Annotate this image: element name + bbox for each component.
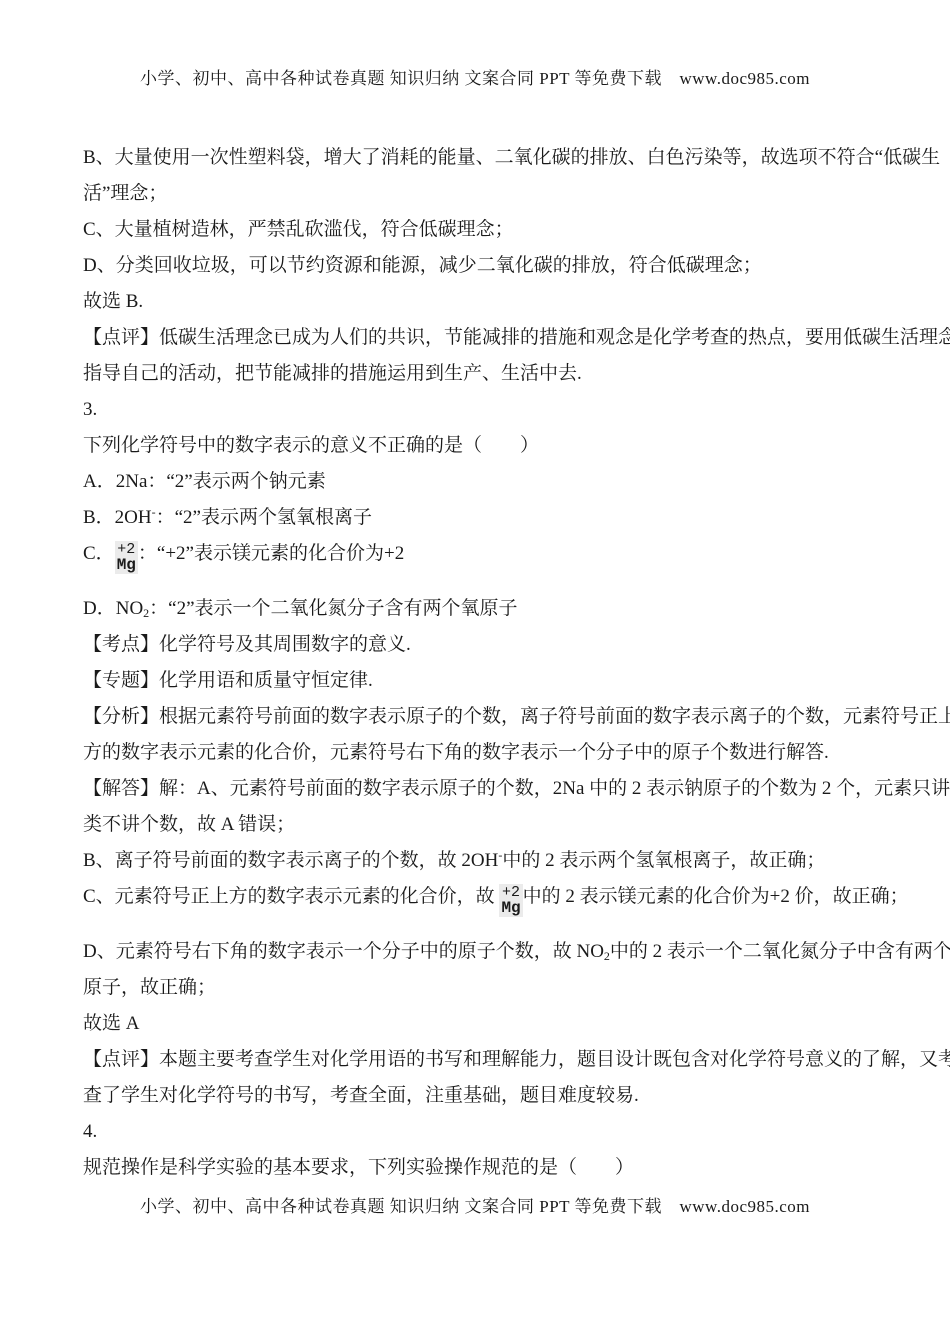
page-header: 小学、初中、高中各种试卷真题 知识归纳 文案合同 PPT 等免费下载 www.d… <box>0 64 950 89</box>
q4-number: 4. <box>83 1114 873 1150</box>
q3-jieda-c-prefix: C、元素符号正上方的数字表示元素的化合价，故 <box>83 886 499 907</box>
q3-jieda-a-line1: 【解答】解：A、元素符号前面的数字表示原子的个数，2Na 中的 2 表示钠原子的… <box>83 771 873 807</box>
q3-jieda-a-line2: 类不讲个数，故 A 错误； <box>83 807 873 843</box>
mg-valence-value: +2 <box>117 542 136 557</box>
q3-stem: 下列化学符号中的数字表示的意义不正确的是（ ） <box>83 428 873 464</box>
q3-jieda-d-line2: 原子，故正确； <box>83 970 873 1006</box>
q3-option-d-rest: ：“2”表示一个二氧化氮分子含有两个氧原子 <box>149 598 517 619</box>
mg-valence-formula: +2Mg <box>115 541 138 574</box>
q3-number: 3. <box>83 392 873 428</box>
mg-element-symbol: Mg <box>117 557 136 573</box>
document-page: 小学、初中、高中各种试卷真题 知识归纳 文案合同 PPT 等免费下载 www.d… <box>0 0 950 1344</box>
q2-answer: 故选 B. <box>83 284 873 320</box>
q3-option-b: B．2OH-：“2”表示两个氢氧根离子 <box>83 500 873 536</box>
q3-dianping-line1: 【点评】本题主要考查学生对化学用语的书写和理解能力，题目设计既包含对化学符号意义… <box>83 1042 873 1078</box>
q3-jieda-b-prefix: B、离子符号前面的数字表示离子的个数，故 2OH <box>83 850 498 871</box>
footer-text: 小学、初中、高中各种试卷真题 知识归纳 文案合同 PPT 等免费下载 www.d… <box>140 1197 810 1216</box>
mg-valence-value: +2 <box>501 885 520 900</box>
q3-zhuanti: 【专题】化学用语和质量守恒定律. <box>83 663 873 699</box>
q3-option-b-prefix: B．2OH <box>83 507 152 528</box>
q3-jieda-c: C、元素符号正上方的数字表示元素的化合价，故 +2Mg中的 2 表示镁元素的化合… <box>83 879 873 934</box>
q3-option-d: D．NO2：“2”表示一个二氧化氮分子含有两个氧原子 <box>83 591 873 627</box>
q2-comment-line2: 指导自己的活动，把节能减排的措施运用到生产、生活中去. <box>83 356 873 392</box>
mg-element-symbol: Mg <box>501 900 520 916</box>
q3-jieda-d-prefix: D、元素符号右下角的数字表示一个分子中的原子个数，故 NO <box>83 941 604 962</box>
document-body: B、大量使用一次性塑料袋，增大了消耗的能量、二氧化碳的排放、白色污染等，故选项不… <box>83 140 873 1186</box>
q3-option-b-rest: ：“2”表示两个氢氧根离子 <box>156 507 372 528</box>
mg-valence-formula: +2Mg <box>499 884 522 917</box>
q3-jieda-d-rest: 中的 2 表示一个二氧化氮分子中含有两个氧 <box>610 941 950 962</box>
q3-kaodian: 【考点】化学符号及其周围数字的意义. <box>83 627 873 663</box>
page-footer: 小学、初中、高中各种试卷真题 知识归纳 文案合同 PPT 等免费下载 www.d… <box>0 1192 950 1217</box>
q3-dianping-line2: 查了学生对化学符号的书写，考查全面，注重基础，题目难度较易. <box>83 1078 873 1114</box>
q2-comment-line1: 【点评】低碳生活理念已成为人们的共识，节能减排的措施和观念是化学考查的热点，要用… <box>83 320 873 356</box>
q3-option-c: C．+2Mg：“+2”表示镁元素的化合价为+2 <box>83 536 873 591</box>
q3-answer: 故选 A <box>83 1006 873 1042</box>
q3-option-c-rest: ：“+2”表示镁元素的化合价为+2 <box>138 543 404 564</box>
q2-option-b-line2: 活”理念； <box>83 176 873 212</box>
q2-option-c: C、大量植树造林，严禁乱砍滥伐，符合低碳理念； <box>83 212 873 248</box>
header-text: 小学、初中、高中各种试卷真题 知识归纳 文案合同 PPT 等免费下载 www.d… <box>140 69 810 88</box>
q3-option-c-prefix: C． <box>83 543 115 564</box>
q3-jieda-b-rest: 中的 2 表示两个氢氧根离子，故正确； <box>502 850 825 871</box>
q2-option-b-line1: B、大量使用一次性塑料袋，增大了消耗的能量、二氧化碳的排放、白色污染等，故选项不… <box>83 140 873 176</box>
q3-jieda-b: B、离子符号前面的数字表示离子的个数，故 2OH-中的 2 表示两个氢氧根离子，… <box>83 843 873 879</box>
q3-jieda-c-rest: 中的 2 表示镁元素的化合价为+2 价，故正确； <box>523 886 909 907</box>
q3-fenxi-line2: 方的数字表示元素的化合价，元素符号右下角的数字表示一个分子中的原子个数进行解答. <box>83 735 873 771</box>
q4-stem: 规范操作是科学实验的基本要求，下列实验操作规范的是（ ） <box>83 1150 873 1186</box>
q2-option-d: D、分类回收垃圾，可以节约资源和能源，减少二氧化碳的排放，符合低碳理念； <box>83 248 873 284</box>
q3-option-a: A．2Na：“2”表示两个钠元素 <box>83 464 873 500</box>
q3-jieda-d-line1: D、元素符号右下角的数字表示一个分子中的原子个数，故 NO2中的 2 表示一个二… <box>83 934 873 970</box>
q3-option-d-prefix: D．NO <box>83 598 143 619</box>
q3-fenxi-line1: 【分析】根据元素符号前面的数字表示原子的个数，离子符号前面的数字表示离子的个数，… <box>83 699 873 735</box>
